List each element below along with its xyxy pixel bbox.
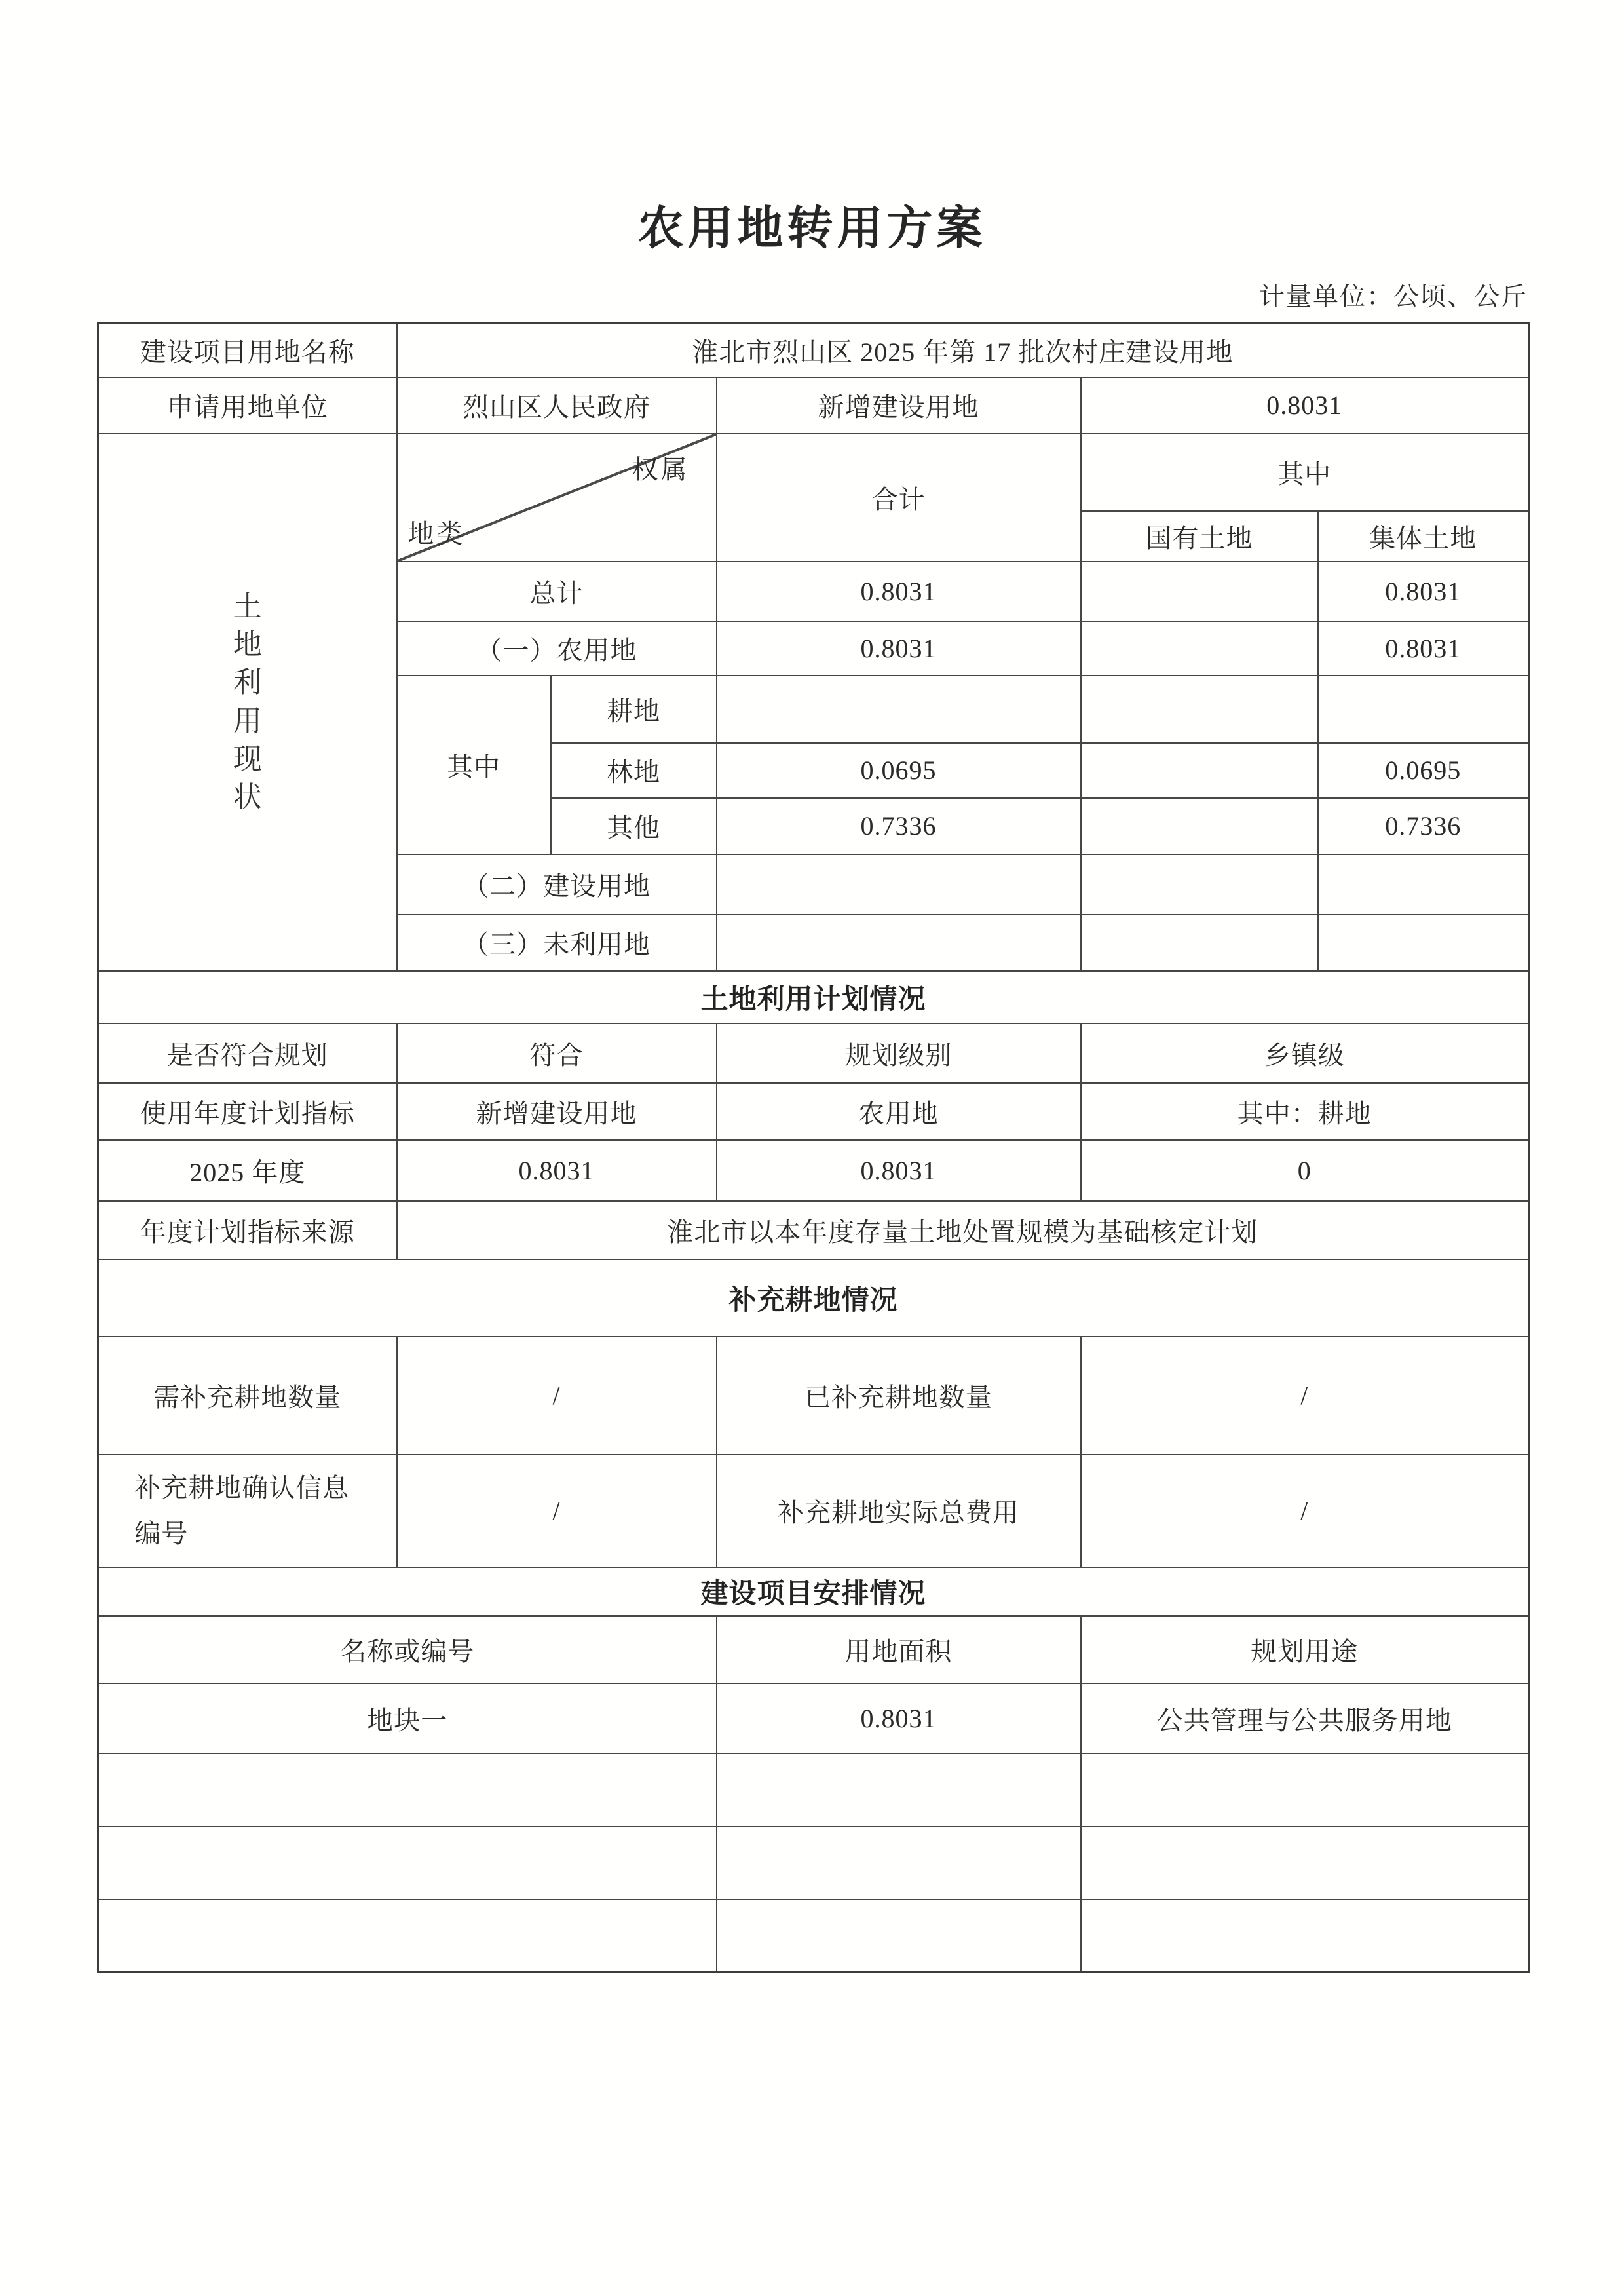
project-name-label-cell: 建设项目用地名称	[98, 323, 397, 377]
confirm-number-label-cell: 补充耕地确认信息编号	[98, 1455, 397, 1567]
year-2025-col1-cell: 0.8031	[397, 1140, 717, 1201]
document-title: 农用地转用方案	[0, 191, 1624, 258]
parcel-row-area	[717, 1753, 1081, 1826]
column-header-of-which: 其中	[1081, 434, 1529, 511]
new-construction-land-label-cell: 新增建设用地	[717, 377, 1081, 434]
diagonal-header-cell: 权属 地类	[397, 434, 717, 562]
plan-level-label-cell: 规划级别	[717, 1024, 1081, 1083]
parcel-row-use	[1081, 1900, 1529, 1972]
row-forest-collective: 0.0695	[1318, 743, 1529, 798]
parcel-row-name	[98, 1753, 717, 1826]
year-2025-col3-cell: 0	[1081, 1140, 1529, 1201]
row-forest-state	[1081, 743, 1318, 798]
need-supplement-label-cell: 需补充耕地数量	[98, 1337, 397, 1455]
annual-index-col2-cell: 农用地	[717, 1083, 1081, 1140]
row-forest-label: 林地	[551, 743, 717, 798]
land-type-header-label: 地类	[408, 513, 466, 550]
actual-fee-label-cell: 补充耕地实际总费用	[717, 1455, 1081, 1567]
plan-section-header: 土地利用计划情况	[98, 971, 1529, 1024]
done-supplement-label-cell: 已补充耕地数量	[717, 1337, 1081, 1455]
project-name-value-cell: 淮北市烈山区 2025 年第 17 批次村庄建设用地	[397, 323, 1529, 377]
row-cultivated-state	[1081, 676, 1318, 743]
parcel-row-name	[98, 1900, 717, 1972]
column-header-collective: 集体土地	[1318, 511, 1529, 562]
row-total-state	[1081, 562, 1318, 622]
row-total-collective: 0.8031	[1318, 562, 1529, 622]
supplement-section-header: 补充耕地情况	[98, 1259, 1529, 1337]
measurement-unit-note: 计量单位：公顷、公斤	[1259, 277, 1528, 313]
diagonal-line: 权属 地类	[398, 434, 716, 561]
annual-index-col1-cell: 新增建设用地	[397, 1083, 717, 1140]
row-cultivated-collective	[1318, 676, 1529, 743]
parcel-row-name	[98, 1826, 717, 1900]
column-header-total: 合计	[717, 434, 1081, 562]
annual-index-col3-cell: 其中：耕地	[1081, 1083, 1529, 1140]
row-total-sum: 0.8031	[717, 562, 1081, 622]
applicant-label-cell: 申请用地单位	[98, 377, 397, 434]
parcel-row-use: 公共管理与公共服务用地	[1081, 1683, 1529, 1753]
year-2025-label-cell: 2025 年度	[98, 1140, 397, 1201]
row-cultivated-sum	[717, 676, 1081, 743]
confirm-number-label-text: 补充耕地确认信息编号	[134, 1465, 360, 1557]
parcel-row-area: 0.8031	[717, 1683, 1081, 1753]
applicant-value-cell: 烈山区人民政府	[397, 377, 717, 434]
row-construction-collective	[1318, 854, 1529, 915]
row-unused-label: （三）未利用地	[397, 915, 717, 971]
row-agricultural-label: （一）农用地	[397, 622, 717, 676]
row-total-label: 总计	[397, 562, 717, 622]
done-supplement-value-cell: /	[1081, 1337, 1529, 1455]
parcel-row-area	[717, 1826, 1081, 1900]
arrangement-column-use: 规划用途	[1081, 1616, 1529, 1683]
scanned-form-page: 农用地转用方案 计量单位：公顷、公斤 建设项目用地名称 淮北市烈山区 2025 …	[0, 0, 1624, 2296]
compliance-label-cell: 是否符合规划	[98, 1024, 397, 1083]
actual-fee-value-cell: /	[1081, 1455, 1529, 1567]
index-source-value-cell: 淮北市以本年度存量土地处置规模为基础核定计划	[397, 1201, 1529, 1259]
land-use-status-vertical-text: 土地利用现状	[231, 588, 264, 816]
row-construction-sum	[717, 854, 1081, 915]
land-use-status-side-label-cell: 土地利用现状	[98, 434, 397, 971]
row-agricultural-state	[1081, 622, 1318, 676]
row-unused-collective	[1318, 915, 1529, 971]
ownership-header-label: 权属	[632, 449, 690, 486]
arrangement-section-header: 建设项目安排情况	[98, 1567, 1529, 1616]
column-header-state-owned: 国有土地	[1081, 511, 1318, 562]
of-which-label-cell: 其中	[397, 676, 551, 854]
parcel-row-name: 地块一	[98, 1683, 717, 1753]
annual-index-label-cell: 使用年度计划指标	[98, 1083, 397, 1140]
arrangement-column-name: 名称或编号	[98, 1616, 717, 1683]
row-forest-sum: 0.0695	[717, 743, 1081, 798]
parcel-row-use	[1081, 1753, 1529, 1826]
row-other-label: 其他	[551, 798, 717, 854]
row-other-collective: 0.7336	[1318, 798, 1529, 854]
confirm-number-value-cell: /	[397, 1455, 717, 1567]
row-other-state	[1081, 798, 1318, 854]
new-construction-land-value-cell: 0.8031	[1081, 377, 1529, 434]
land-conversion-form-table: 建设项目用地名称 淮北市烈山区 2025 年第 17 批次村庄建设用地 申请用地…	[97, 322, 1530, 1973]
row-other-sum: 0.7336	[717, 798, 1081, 854]
row-construction-state	[1081, 854, 1318, 915]
row-unused-state	[1081, 915, 1318, 971]
compliance-value-cell: 符合	[397, 1024, 717, 1083]
year-2025-col2-cell: 0.8031	[717, 1140, 1081, 1201]
parcel-row-use	[1081, 1826, 1529, 1900]
row-construction-label: （二）建设用地	[397, 854, 717, 915]
index-source-label-cell: 年度计划指标来源	[98, 1201, 397, 1259]
row-unused-sum	[717, 915, 1081, 971]
row-cultivated-label: 耕地	[551, 676, 717, 743]
parcel-row-area	[717, 1900, 1081, 1972]
plan-level-value-cell: 乡镇级	[1081, 1024, 1529, 1083]
row-agricultural-sum: 0.8031	[717, 622, 1081, 676]
need-supplement-value-cell: /	[397, 1337, 717, 1455]
arrangement-column-area: 用地面积	[717, 1616, 1081, 1683]
row-agricultural-collective: 0.8031	[1318, 622, 1529, 676]
